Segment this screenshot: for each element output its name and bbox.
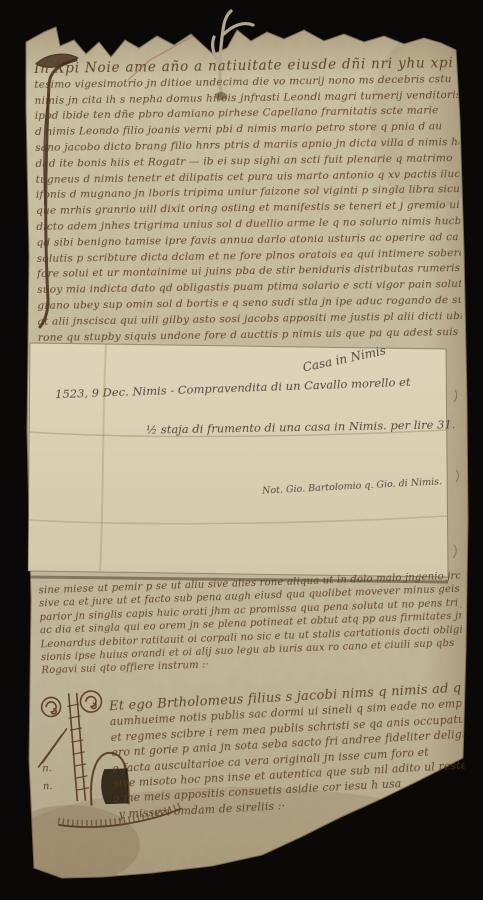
signum-mark: n. [42, 763, 52, 774]
signum-mark: n. [43, 781, 53, 792]
string-hole-shadow [215, 92, 227, 100]
document-photo: n. n. [0, 0, 483, 900]
photo-stage: n. n. In Xpi Noie ame año a natiuitate e… [0, 0, 483, 900]
